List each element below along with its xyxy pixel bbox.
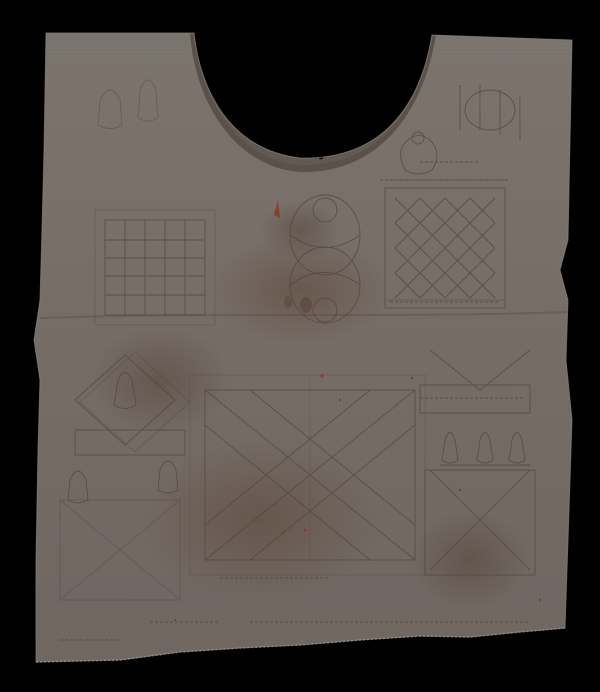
talismanic-shirt-photo: [0, 0, 600, 692]
photo-stage: [0, 0, 600, 692]
stain: [140, 440, 380, 600]
stain: [410, 510, 530, 610]
stain-spot: [284, 296, 292, 308]
stain: [260, 200, 340, 260]
stain: [90, 325, 230, 435]
stain-spot: [300, 297, 312, 313]
